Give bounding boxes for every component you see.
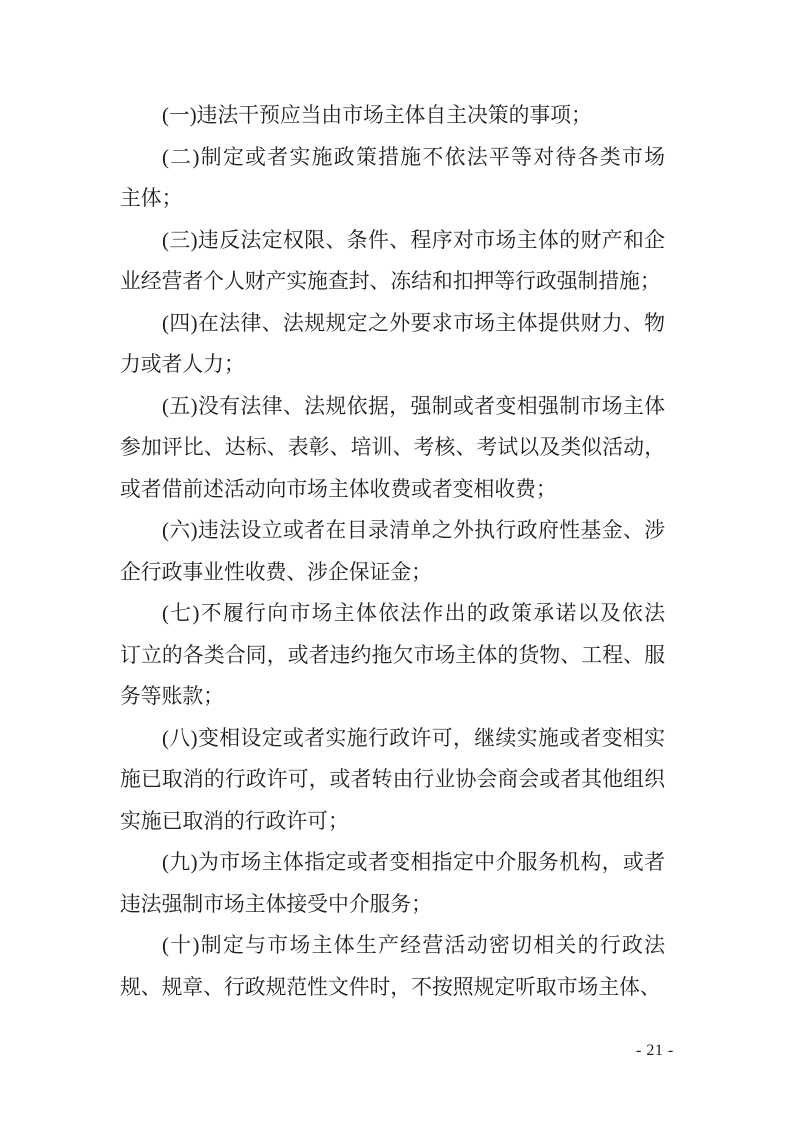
- document-page: (一)违法干预应当由市场主体自主决策的事项；(二)制定或者实施政策措施不依法平等…: [0, 0, 793, 1122]
- document-line: (十)制定与市场主体生产经营活动密切相关的行政法: [120, 925, 665, 967]
- document-body: (一)违法干预应当由市场主体自主决策的事项；(二)制定或者实施政策措施不依法平等…: [120, 95, 665, 1008]
- document-line: (八)变相设定或者实施行政许可，继续实施或者变相实: [120, 718, 665, 760]
- document-line: (四)在法律、法规规定之外要求市场主体提供财力、物: [120, 303, 665, 345]
- paragraph: (七)不履行向市场主体依法作出的政策承诺以及依法订立的各类合同，或者违约拖欠市场…: [120, 593, 665, 718]
- document-line: 规、规章、行政规范性文件时，不按照规定听取市场主体、: [120, 967, 665, 1009]
- paragraph: (九)为市场主体指定或者变相指定中介服务机构，或者违法强制市场主体接受中介服务；: [120, 842, 665, 925]
- document-line: 业经营者个人财产实施查封、冻结和扣押等行政强制措施；: [120, 261, 665, 303]
- document-line: (二)制定或者实施政策措施不依法平等对待各类市场: [120, 137, 665, 179]
- document-line: (七)不履行向市场主体依法作出的政策承诺以及依法: [120, 593, 665, 635]
- document-line: (一)违法干预应当由市场主体自主决策的事项；: [120, 95, 665, 137]
- document-line: 参加评比、达标、表彰、培训、考核、考试以及类似活动，: [120, 427, 665, 469]
- document-line: 施已取消的行政许可，或者转由行业协会商会或者其他组织: [120, 759, 665, 801]
- page-number: - 21 -: [636, 1042, 674, 1060]
- document-line: 违法强制市场主体接受中介服务；: [120, 884, 665, 926]
- document-line: 务等账款；: [120, 676, 665, 718]
- paragraph: (八)变相设定或者实施行政许可，继续实施或者变相实施已取消的行政许可，或者转由行…: [120, 718, 665, 843]
- paragraph: (三)违反法定权限、条件、程序对市场主体的财产和企业经营者个人财产实施查封、冻结…: [120, 220, 665, 303]
- document-line: 或者借前述活动向市场主体收费或者变相收费；: [120, 469, 665, 511]
- document-line: (三)违反法定权限、条件、程序对市场主体的财产和企: [120, 220, 665, 262]
- document-line: (六)违法设立或者在目录清单之外执行政府性基金、涉: [120, 510, 665, 552]
- paragraph: (六)违法设立或者在目录清单之外执行政府性基金、涉企行政事业性收费、涉企保证金；: [120, 510, 665, 593]
- document-line: 力或者人力；: [120, 344, 665, 386]
- paragraph: (五)没有法律、法规依据，强制或者变相强制市场主体参加评比、达标、表彰、培训、考…: [120, 386, 665, 511]
- paragraph: (二)制定或者实施政策措施不依法平等对待各类市场主体；: [120, 137, 665, 220]
- document-line: 主体；: [120, 178, 665, 220]
- document-line: 企行政事业性收费、涉企保证金；: [120, 552, 665, 594]
- paragraph: (四)在法律、法规规定之外要求市场主体提供财力、物力或者人力；: [120, 303, 665, 386]
- document-line: 实施已取消的行政许可；: [120, 801, 665, 843]
- paragraph: (十)制定与市场主体生产经营活动密切相关的行政法规、规章、行政规范性文件时，不按…: [120, 925, 665, 1008]
- document-line: (九)为市场主体指定或者变相指定中介服务机构，或者: [120, 842, 665, 884]
- document-line: 订立的各类合同，或者违约拖欠市场主体的货物、工程、服: [120, 635, 665, 677]
- paragraph: (一)违法干预应当由市场主体自主决策的事项；: [120, 95, 665, 137]
- document-line: (五)没有法律、法规依据，强制或者变相强制市场主体: [120, 386, 665, 428]
